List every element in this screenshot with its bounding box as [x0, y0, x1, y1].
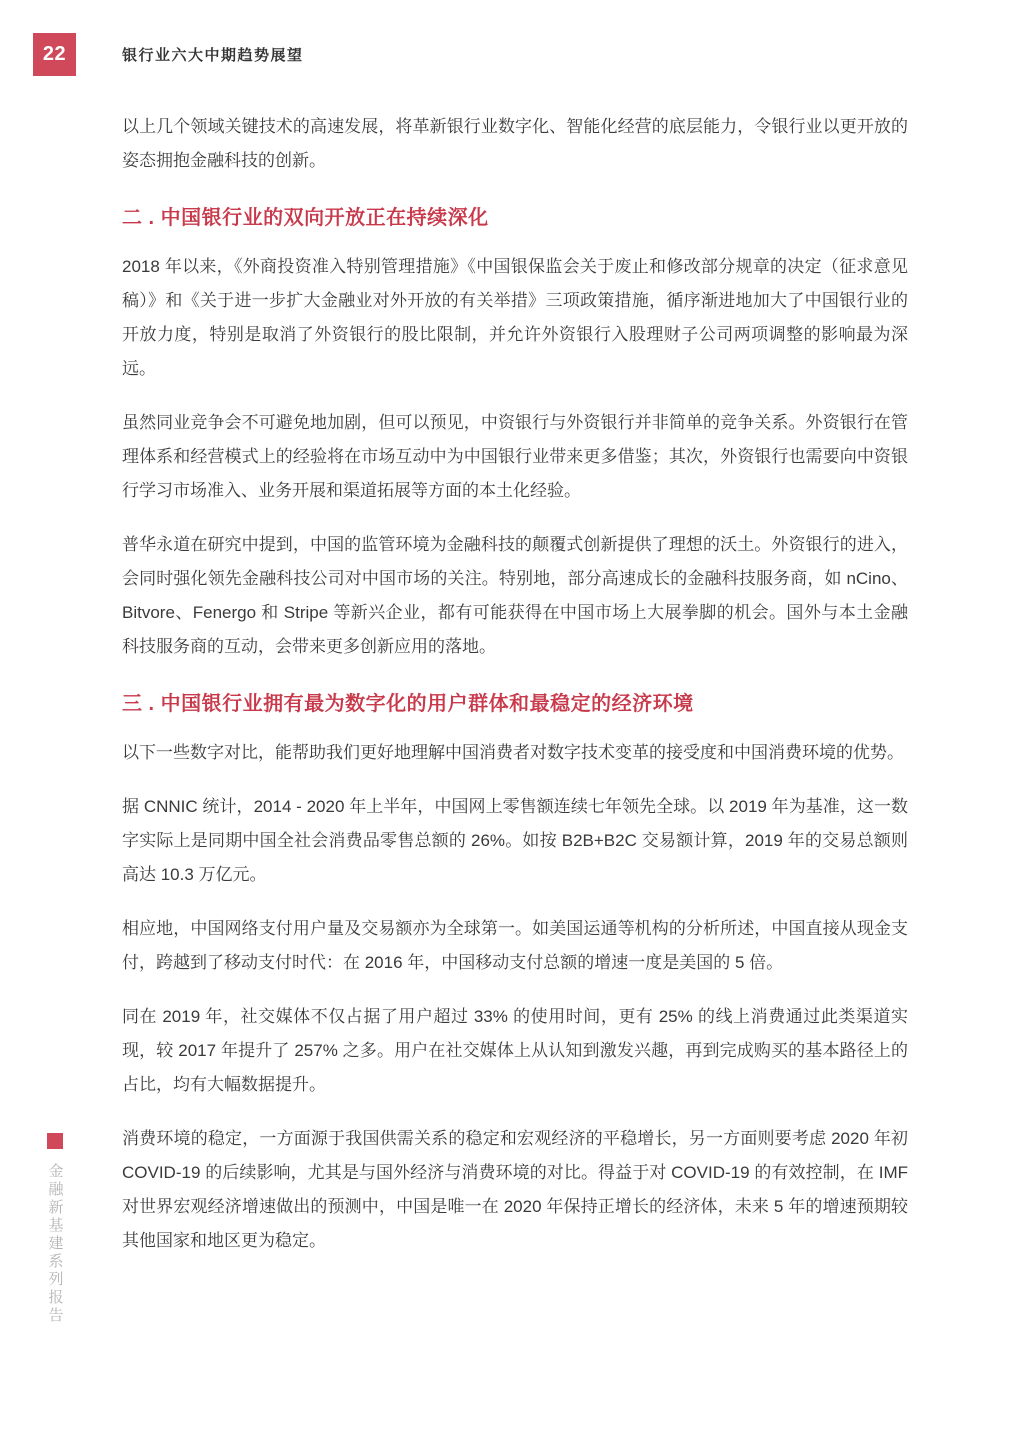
document-page: 22 银行业六大中期趋势展望 金融新基建系列报告 以上几个领域关键技术的高速发展…	[0, 0, 1025, 1440]
section-3-heading: 三 . 中国银行业拥有最为数字化的用户群体和最稳定的经济环境	[122, 690, 908, 718]
intro-paragraph: 以上几个领域关键技术的高速发展，将革新银行业数字化、智能化经营的底层能力，令银行…	[122, 110, 908, 178]
series-title-vertical: 金融新基建系列报告	[45, 1163, 66, 1325]
section-3-paragraph-3: 相应地，中国网络支付用户量及交易额亦为全球第一。如美国运通等机构的分析所述，中国…	[122, 912, 908, 980]
section-3-paragraph-5: 消费环境的稳定，一方面源于我国供需关系的稳定和宏观经济的平稳增长，另一方面则要考…	[122, 1122, 908, 1258]
page-content: 以上几个领域关键技术的高速发展，将革新银行业数字化、智能化经营的底层能力，令银行…	[122, 110, 908, 1278]
page-number-badge: 22	[33, 33, 76, 76]
left-margin-sidebar: 金融新基建系列报告	[40, 1133, 70, 1325]
section-2-paragraph-3: 普华永道在研究中提到，中国的监管环境为金融科技的颠覆式创新提供了理想的沃土。外资…	[122, 528, 908, 664]
page-header: 22 银行业六大中期趋势展望	[33, 33, 304, 76]
section-2-paragraph-2: 虽然同业竞争会不可避免地加剧，但可以预见，中资银行与外资银行并非简单的竞争关系。…	[122, 406, 908, 508]
page-header-title: 银行业六大中期趋势展望	[122, 44, 304, 65]
section-3-paragraph-2: 据 CNNIC 统计，2014 - 2020 年上半年，中国网上零售额连续七年领…	[122, 790, 908, 892]
section-3-paragraph-4: 同在 2019 年，社交媒体不仅占据了用户超过 33% 的使用时间，更有 25%…	[122, 1000, 908, 1102]
section-2-heading: 二 . 中国银行业的双向开放正在持续深化	[122, 204, 908, 232]
section-2-paragraph-1: 2018 年以来，《外商投资准入特别管理措施》《中国银保监会关于废止和修改部分规…	[122, 250, 908, 386]
section-3-paragraph-1: 以下一些数字对比，能帮助我们更好地理解中国消费者对数字技术变革的接受度和中国消费…	[122, 736, 908, 770]
red-square-icon	[47, 1133, 63, 1149]
